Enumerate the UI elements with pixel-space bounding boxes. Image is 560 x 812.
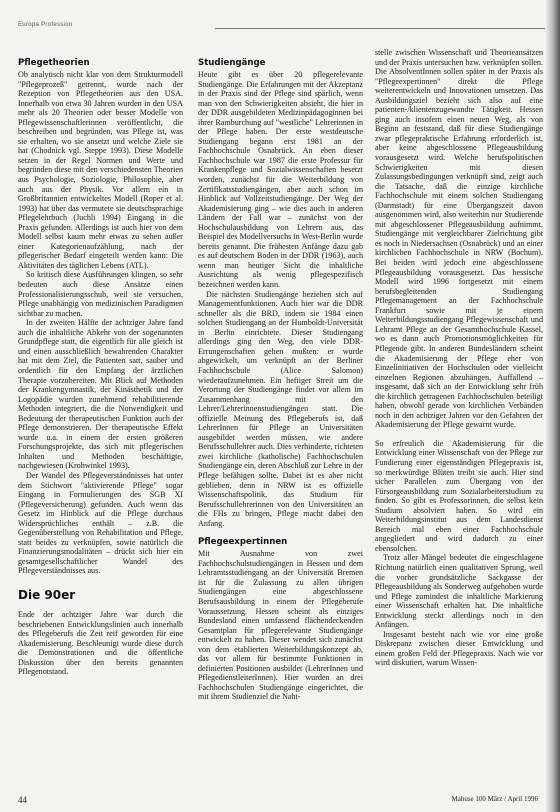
column-middle: Studiengänge Heute gibt es über 20 pfleg… — [198, 58, 363, 702]
column-right: stelle zwischen Wissenschaft und Theorie… — [375, 48, 543, 668]
magazine-page: Europa Profession Pflegetheorien Ob anal… — [0, 0, 560, 812]
paragraph: Trotz aller Mängel bedeutet die eingesch… — [375, 553, 543, 629]
book-spine-shadow — [546, 0, 560, 812]
paragraph: Insgesamt besteht nach wie vor eine groß… — [375, 630, 543, 668]
paragraph: In der zweiten Hälfte der achtziger Jahr… — [18, 318, 183, 471]
paragraph-gap — [375, 430, 543, 439]
heading-die-90er: Die 90er — [18, 588, 183, 602]
paragraph: Die nächsten Studiengänge beziehen sich … — [198, 290, 363, 529]
paragraph: Heute gibt es über 20 pflegerelevante St… — [198, 70, 363, 290]
page-number: 44 — [18, 795, 27, 805]
paragraph: Ende der achtziger Jahre war durch die b… — [18, 610, 183, 677]
issue-info: Mabuse 100 März / April 1996 — [451, 795, 538, 803]
paragraph: Der Wandel des Pflegeverständnisses hat … — [18, 471, 183, 576]
heading-pflegetheorien: Pflegetheorien — [18, 58, 183, 69]
header-rule — [215, 28, 545, 29]
heading-pflegeexpertinnen: Pflegeexpertinnen — [198, 537, 363, 548]
running-head: Europa Profession — [18, 22, 72, 28]
column-left: Pflegetheorien Ob analytisch nicht klar … — [18, 58, 183, 677]
paragraph: Ob analytisch nicht klar von dem Struktu… — [18, 70, 183, 270]
heading-studiengaenge: Studiengänge — [198, 58, 363, 69]
paragraph: So erfreulich die Akademisierung für die… — [375, 439, 543, 554]
paragraph: So kritisch diese Ausführungen klingen, … — [18, 270, 183, 318]
paragraph: stelle zwischen Wissenschaft und Theorie… — [375, 48, 543, 430]
paragraph: Mit Ausnahme von zwei Fachhochschulstudi… — [198, 549, 363, 702]
